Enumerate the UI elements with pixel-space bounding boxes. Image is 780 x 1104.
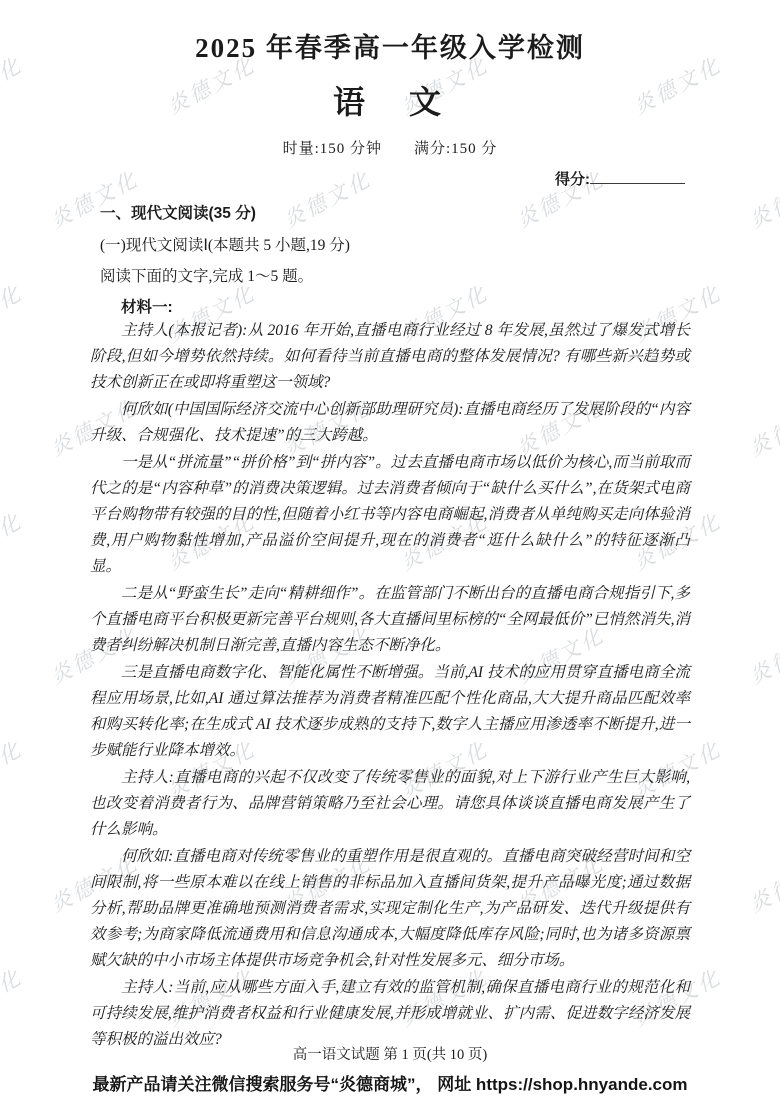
material-one-label: 材料一: <box>90 295 690 317</box>
material-paragraph: 何欣如(中国国际经济交流中心创新部助理研究员):直播电商经历了发展阶段的“内容升… <box>90 397 690 449</box>
promo-footer: 最新产品请关注微信搜索服务号“炎德商城”， 网址 https://shop.hn… <box>0 1070 780 1095</box>
material-paragraph: 二是从“野蛮生长”走向“精耕细作”。在监管部门不断出台的直播电商合规指引下,多个… <box>90 581 690 659</box>
material-paragraph: 主持人:直播电商的兴起不仅改变了传统零售业的面貌,对上下游行业产生巨大影响,也改… <box>90 765 690 843</box>
score-blank-underline <box>590 170 685 184</box>
score-label: 得分: <box>555 171 590 188</box>
exam-title: 2025 年春季高一年级入学检测 <box>0 26 780 65</box>
section-subheading: (一)现代文阅读Ⅰ(本题共 5 小题,19 分) <box>100 233 690 255</box>
reading-instruction: 阅读下面的文字,完成 1～5 题。 <box>100 264 690 286</box>
section-heading: 一、现代文阅读(35 分) <box>100 201 690 223</box>
score-line: 得分: <box>0 168 780 189</box>
material-paragraph: 何欣如:直播电商对传统零售业的重塑作用是很直观的。直播电商突破经营时间和空间限制… <box>90 844 690 974</box>
exam-page: 炎德文化炎德文化炎德文化炎德文化炎德文化炎德文化炎德文化炎德文化炎德文化炎德文化… <box>0 0 780 1104</box>
exam-meta: 时量:150 分钟 满分:150 分 <box>0 137 780 158</box>
page-number-footer: 高一语文试题 第 1 页(共 10 页) <box>0 1043 780 1064</box>
exam-header: 2025 年春季高一年级入学检测 语 文 时量:150 分钟 满分:150 分 … <box>0 0 780 189</box>
material-paragraph: 主持人(本报记者):从 2016 年开始,直播电商行业经过 8 年发展,虽然过了… <box>90 318 690 396</box>
material-paragraph: 主持人:当前,应从哪些方面入手,建立有效的监管机制,确保直播电商行业的规范化和可… <box>90 975 690 1053</box>
material-paragraph: 一是从“拼流量”“拼价格”到“拼内容”。过去直播电商市场以低价为核心,而当前取而… <box>90 450 690 580</box>
subject-title: 语 文 <box>0 77 780 123</box>
exam-body: 一、现代文阅读(35 分) (一)现代文阅读Ⅰ(本题共 5 小题,19 分) 阅… <box>0 189 780 1053</box>
material-paragraph: 三是直播电商数字化、智能化属性不断增强。当前,AI 技术的应用贯穿直播电商全流程… <box>90 660 690 764</box>
